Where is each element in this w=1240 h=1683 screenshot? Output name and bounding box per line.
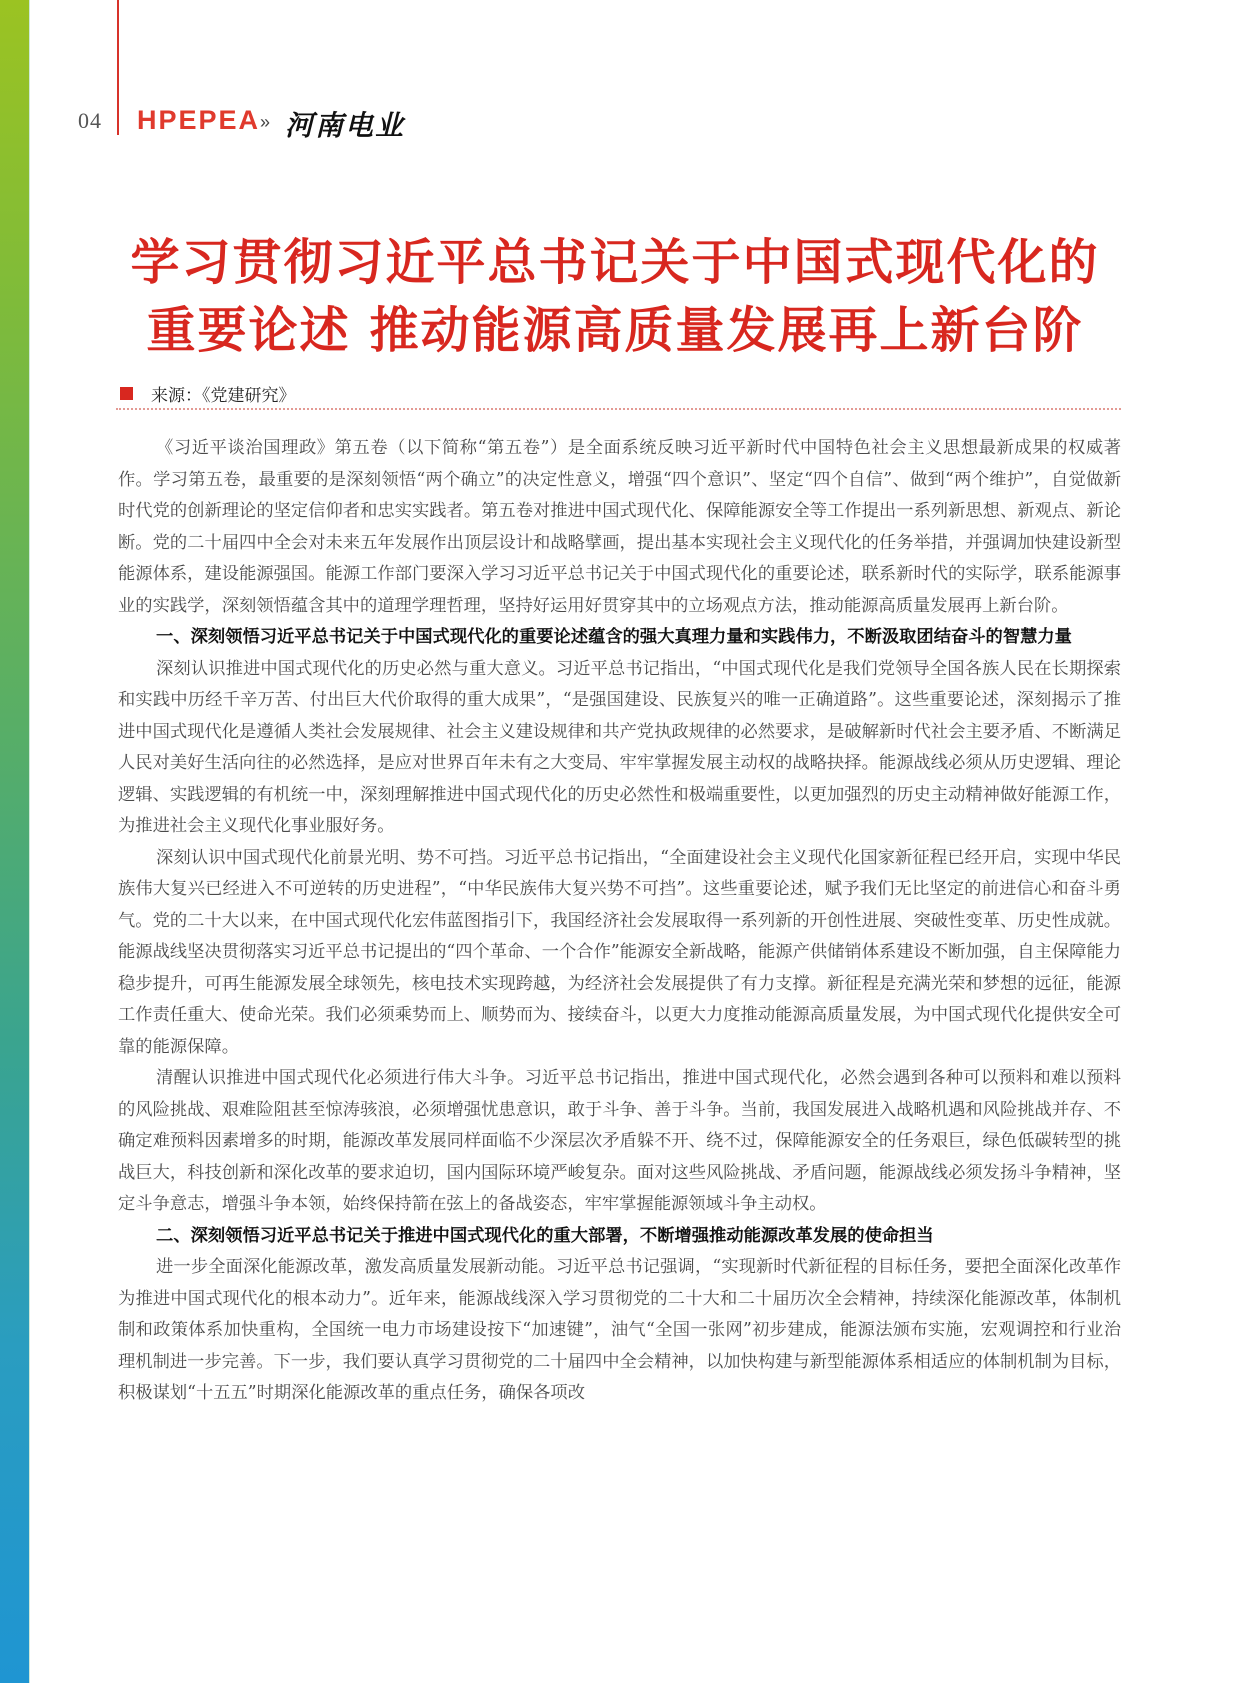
title-line-1: 学习贯彻习近平总书记关于中国式现代化的 [110,228,1120,296]
sidebar-edge-line [29,0,30,1683]
dotted-divider [116,408,1121,410]
section-heading-1: 一、深刻领悟习近平总书记关于中国式现代化的重要论述蕴含的强大真理力量和实践伟力，… [118,622,1121,654]
header-vertical-rule [117,0,119,135]
decorative-gradient-sidebar [0,0,29,1683]
paragraph: 进一步全面深化能源改革，激发高质量发展新动能。习近平总书记强调，“实现新时代新征… [118,1252,1121,1410]
double-chevron-icon: » [260,112,270,133]
article-body: 《习近平谈治国理政》第五卷（以下简称“第五卷”）是全面系统反映习近平新时代中国特… [118,433,1121,1410]
source-text: 来源：《党建研究》 [151,381,296,406]
paragraph: 《习近平谈治国理政》第五卷（以下简称“第五卷”）是全面系统反映习近平新时代中国特… [118,433,1121,622]
paragraph: 深刻认识中国式现代化前景光明、势不可挡。习近平总书记指出，“全面建设社会主义现代… [118,843,1121,1064]
paragraph: 清醒认识推进中国式现代化必须进行伟大斗争。习近平总书记指出，推进中国式现代化，必… [118,1063,1121,1221]
title-line-2: 重要论述 推动能源高质量发展再上新台阶 [110,296,1120,364]
brand-name: 河南电业 [285,104,405,144]
red-square-icon [120,387,133,400]
brand-logo: HPEPEA [137,105,260,136]
paragraph: 深刻认识推进中国式现代化的历史必然与重大意义。习近平总书记指出，“中国式现代化是… [118,654,1121,843]
article-title: 学习贯彻习近平总书记关于中国式现代化的 重要论述 推动能源高质量发展再上新台阶 [110,228,1120,364]
page-number: 04 [78,108,102,134]
article-source: 来源：《党建研究》 [120,381,296,406]
section-heading-2: 二、深刻领悟习近平总书记关于推进中国式现代化的重大部署，不断增强推动能源改革发展… [118,1221,1121,1253]
